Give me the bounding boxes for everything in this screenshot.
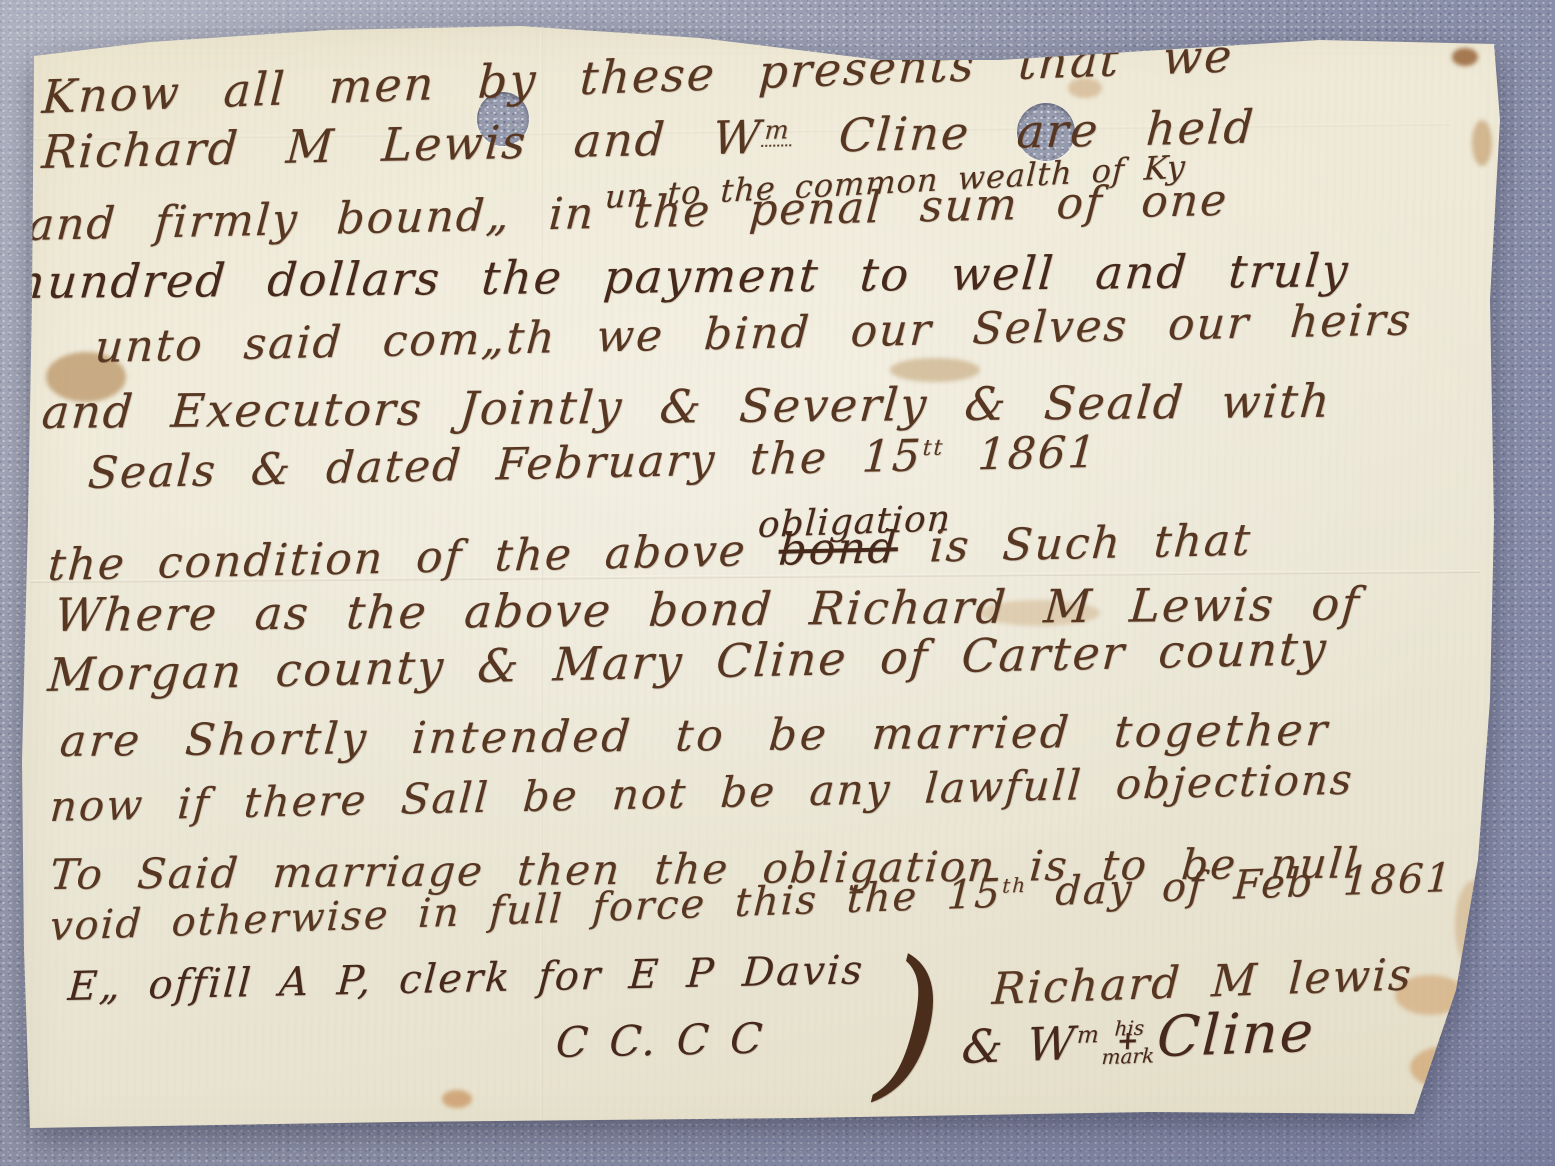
photo-background: { "colors": { "fabric": "#969bae", "pape… <box>0 0 1555 1166</box>
struck-word-bond: bond <box>777 522 900 576</box>
line-text: is Such that <box>928 515 1253 573</box>
bracket-flourish: ) <box>874 938 947 1106</box>
line-text: the condition of the above <box>46 525 748 591</box>
line-text: C C. C C <box>554 1014 766 1067</box>
stain <box>442 1090 472 1108</box>
paper-document: Know all men by these presents that we R… <box>0 0 1555 1166</box>
line-text: E„ offill A P, clerk for E P Davis <box>66 947 865 1010</box>
stain <box>1472 120 1492 166</box>
handwriting-line-7: Seals & dated February the 15tt 1861 <box>86 427 1099 499</box>
clerk-signature-line: E„ offill A P, clerk for E P Davis <box>66 947 865 1010</box>
handwriting-line-11: are Shortly intended to be married toget… <box>58 705 1332 767</box>
mark-label: mark <box>1101 1049 1154 1063</box>
stain <box>1452 48 1478 66</box>
handwriting-line-12: now if there Sall be not be any lawfull … <box>48 755 1355 831</box>
line-text: Cline are held <box>837 100 1257 163</box>
his-mark-annotation: his+mark <box>1101 1022 1156 1064</box>
clerk-initials: C C. C C <box>554 1014 766 1067</box>
superscript-m: m <box>1076 1022 1101 1049</box>
line-text: and Executors Jointly & Severly & Seald … <box>40 374 1334 439</box>
line-text: 1861 <box>976 427 1099 481</box>
line-text: & W <box>960 1016 1078 1074</box>
handwriting-line-6: and Executors Jointly & Severly & Seald … <box>40 374 1334 439</box>
line-text: now if there Sall be not be any lawfull … <box>48 755 1355 831</box>
paper-wrapper: Know all men by these presents that we R… <box>0 0 1555 1166</box>
line-text: Seals & dated February the 15 <box>86 430 924 499</box>
signature-wm-cline: & Wmhis+markCline <box>960 1000 1316 1077</box>
stain <box>1410 1045 1495 1090</box>
line-text: Cline <box>1155 1000 1316 1071</box>
bracket-glyph: ) <box>873 924 947 1119</box>
superscript-th: th <box>1002 873 1028 898</box>
line-text: are Shortly intended to be married toget… <box>58 705 1332 767</box>
stain <box>1455 880 1495 970</box>
superscript-m: m <box>762 115 794 147</box>
superscript-tt: tt <box>922 436 945 461</box>
